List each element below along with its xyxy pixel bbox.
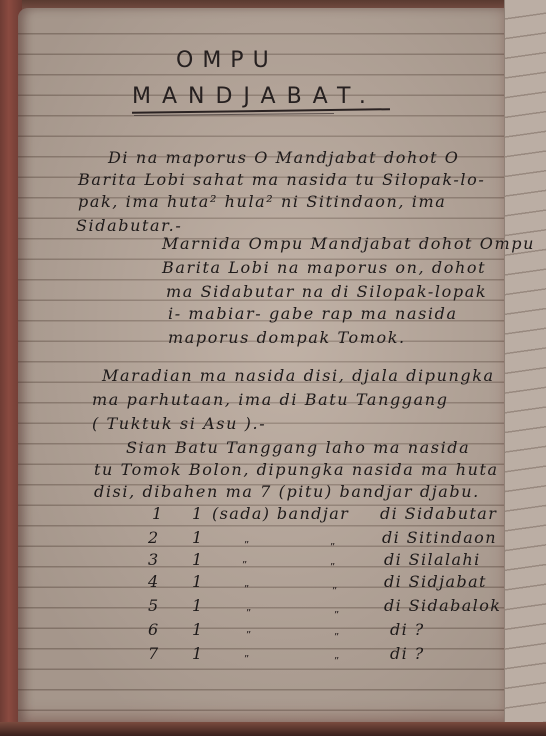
- row-ditto: ”: [330, 562, 335, 573]
- paragraph-1-line-3: pak, ima huta² hula² ni Sitindaon, ima: [78, 194, 446, 210]
- row-count: 1: [192, 506, 204, 522]
- paragraph-2-line-4: i- mabiar- gabe rap ma nasida: [168, 306, 458, 322]
- row-count: 1: [192, 574, 204, 590]
- paragraph-1-line-4: Sidabutar.-: [76, 218, 182, 234]
- paragraph-2-line-1: Marnida Ompu Mandjabat dohot Ompu: [162, 236, 535, 252]
- row-count: 1: [192, 530, 204, 546]
- row-place: di ?: [390, 622, 425, 638]
- row-number: 7: [148, 646, 160, 662]
- row-count: 1: [192, 598, 204, 614]
- title-line-1: OMPU: [176, 50, 278, 72]
- adjacent-page-edge: [504, 0, 546, 724]
- row-count: 1: [192, 552, 204, 568]
- paragraph-2-line-2: Barita Lobi na maporus on, dohot: [162, 260, 486, 276]
- paragraph-1-line-2: Barita Lobi sahat ma nasida tu Silopak-l…: [78, 172, 485, 188]
- row-ditto: ”: [332, 586, 337, 597]
- row-unit-ditto: ”: [242, 560, 247, 571]
- row-number: 4: [148, 574, 160, 590]
- row-number: 3: [148, 552, 160, 568]
- paragraph-4-line-1: Sian Batu Tanggang laho ma nasida: [126, 440, 470, 456]
- title-line-2: MANDJABAT.: [132, 86, 377, 108]
- row-ditto: ”: [330, 542, 335, 553]
- row-unit-ditto: ”: [246, 608, 251, 619]
- notebook-photo: OMPU MANDJABAT. Di na maporus O Mandjaba…: [0, 0, 546, 736]
- row-unit-ditto: ”: [244, 584, 249, 595]
- paragraph-2-line-3: ma Sidabutar na di Silopak-lopak: [166, 284, 487, 300]
- row-place: di Sitindaon: [382, 530, 497, 546]
- paragraph-3-line-3: ( Tuktuk si Asu ).-: [92, 416, 266, 432]
- row-number: 1: [152, 506, 164, 522]
- row-place: di ?: [390, 646, 425, 662]
- row-unit-ditto: ”: [244, 540, 249, 551]
- row-unit-ditto: ”: [246, 630, 251, 641]
- paragraph-3-line-2: ma parhutaan, ima di Batu Tanggang: [92, 392, 449, 408]
- paragraph-2-line-5: maporus dompak Tomok.: [168, 330, 406, 346]
- row-place: di Sidabalok: [384, 598, 501, 614]
- row-unit: (sada) bandjar: [212, 506, 349, 522]
- row-count: 1: [192, 646, 204, 662]
- row-ditto: ”: [334, 610, 339, 621]
- row-number: 5: [148, 598, 160, 614]
- notebook-cover-bottom: [0, 722, 546, 736]
- row-number: 6: [148, 622, 160, 638]
- row-place: di Sidjabat: [384, 574, 487, 590]
- paragraph-4-line-3: disi, dibahen ma 7 (pitu) bandjar djabu.: [94, 484, 480, 500]
- paragraph-3-line-1: Maradian ma nasida disi, djala dipungka: [102, 368, 495, 384]
- paragraph-4-line-2: tu Tomok Bolon, dipungka nasida ma huta: [94, 462, 499, 478]
- row-place: di Sidabutar: [380, 506, 497, 522]
- row-number: 2: [148, 530, 160, 546]
- row-place: di Silalahi: [384, 552, 481, 568]
- row-ditto: ”: [334, 632, 339, 643]
- row-unit-ditto: ”: [244, 654, 249, 665]
- row-ditto: ”: [334, 656, 339, 667]
- row-count: 1: [192, 622, 204, 638]
- paragraph-1-line-1: Di na maporus O Mandjabat dohot O: [108, 150, 460, 166]
